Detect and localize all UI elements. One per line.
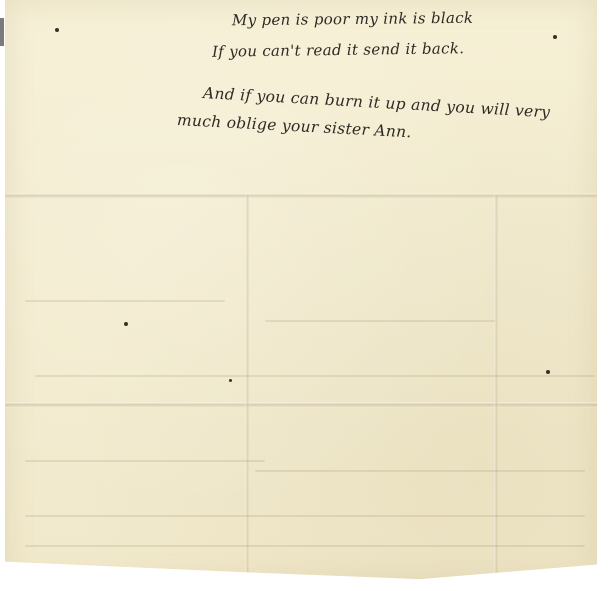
horizontal-fold-lower — [5, 402, 597, 408]
bleed-through-text — [25, 515, 585, 517]
vertical-fold-left — [245, 195, 250, 582]
bleed-through-text — [265, 320, 495, 322]
ink-dot — [229, 379, 232, 382]
letter-page: My pen is poor my ink is black If you ca… — [5, 0, 597, 582]
ink-dot — [55, 28, 59, 32]
horizontal-fold-upper — [5, 193, 597, 199]
letter-line-1: My pen is poor my ink is black — [232, 9, 473, 30]
bleed-through-text — [25, 545, 585, 547]
ink-dot — [546, 370, 550, 374]
bleed-through-text — [35, 375, 595, 377]
bleed-through-text — [25, 300, 225, 302]
letter-line-4-signature: much oblige your sister Ann. — [177, 111, 413, 141]
ink-dot — [124, 322, 128, 326]
bleed-through-text — [255, 470, 585, 472]
letter-line-2: If you can't read it send it back. — [212, 39, 464, 61]
ink-dot — [553, 35, 557, 39]
scanner-edge-tab — [0, 18, 4, 46]
vertical-fold-right — [494, 195, 499, 582]
bleed-through-text — [25, 460, 265, 462]
